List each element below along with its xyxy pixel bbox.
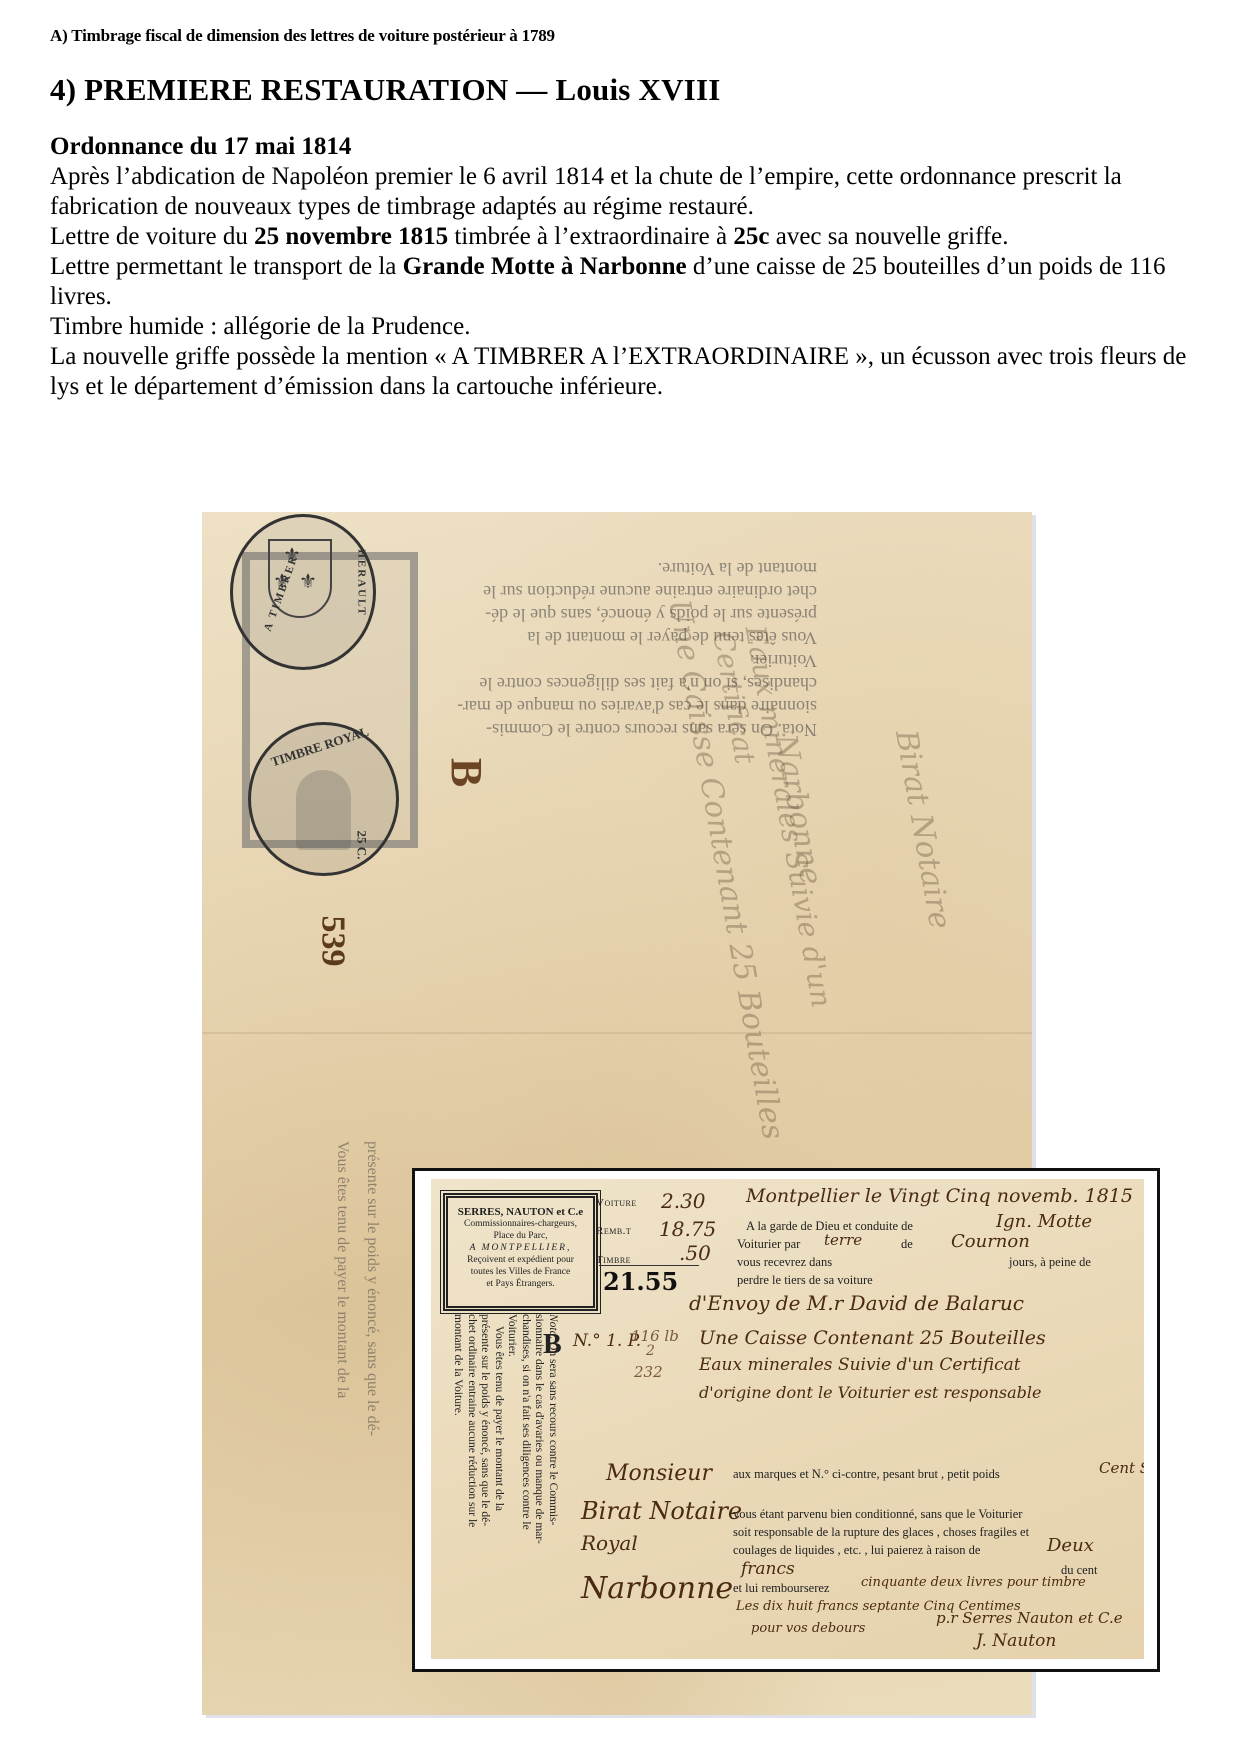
voiture-label: Voiture <box>596 1197 637 1209</box>
rate-unit: francs <box>741 1559 795 1579</box>
voiture-value: 2.30 <box>661 1189 706 1213</box>
reimburse-text-3: pour vos debours <box>751 1621 865 1636</box>
transport-mode: terre <box>824 1231 862 1249</box>
company-address: Place du Parc, <box>448 1230 593 1242</box>
paragraph-timbre: Timbre humide : allégorie de la Prudence… <box>50 312 1200 342</box>
page-title: 4) PREMIERE RESTAURATION — Louis XVIII <box>50 72 720 108</box>
contents-line-3: d'origine dont le Voiturier est responsa… <box>699 1383 1041 1402</box>
company-role: Commissionnaires-chargeurs, <box>448 1218 593 1230</box>
route: Grande Motte à Narbonne <box>403 253 687 280</box>
remb-label: Remb.t <box>596 1225 631 1237</box>
total-value: 21.55 <box>603 1267 678 1296</box>
addressee-salutation: Monsieur <box>606 1461 712 1486</box>
printed-perdre: perdre le tiers de sa voiture <box>737 1273 873 1288</box>
inset-front-image: SERRES, NAUTON et C.e Commissionnaires-c… <box>412 1168 1160 1672</box>
mirror-line: chet ordinaire entraine aucune réduction… <box>397 580 817 603</box>
printed-rembourserez: et lui rembourserez <box>733 1581 829 1596</box>
letter-date: 25 novembre 1815 <box>254 223 448 250</box>
addressee-city: Narbonne <box>581 1571 733 1606</box>
paragraph-transport: Lettre permettant le transport de la Gra… <box>50 252 1200 312</box>
nota-line: présente sur le poids y énoncé, sans que… <box>478 1314 492 1614</box>
contents-line-1: Une Caisse Contenant 25 Bouteilles <box>699 1327 1046 1349</box>
sender: d'Envoy de M.r David de Balaruc <box>689 1291 1024 1315</box>
origin: Cournon <box>951 1231 1030 1252</box>
nota-line: Vous êtes tenu de payer le montant de la <box>492 1314 506 1614</box>
nota-block: Nota. On sera sans recours contre le Com… <box>449 1314 559 1614</box>
company-text: toutes les Villes de France <box>448 1266 593 1278</box>
mirror-line: montant de la Voiture. <box>397 557 817 580</box>
company-text: Reçoivent et expédient pour <box>448 1254 593 1266</box>
printed-voiturier-par: Voiturier par <box>737 1237 800 1252</box>
weight-multiplier: 2 <box>646 1343 655 1359</box>
nota-line: montant de la Voiture. <box>451 1314 465 1614</box>
prudence-figure-icon <box>296 770 351 850</box>
remb-value: 18.75 <box>659 1217 716 1241</box>
company-city: A MONTPELLIER, <box>448 1242 593 1254</box>
text: timbrée à l’extraordinaire à <box>448 223 733 250</box>
show-through-print: présente sur le poids y énoncé, sans que… <box>363 1141 381 1541</box>
weight-total: 232 <box>634 1363 663 1381</box>
nota-line: Voiturier. <box>505 1314 519 1614</box>
contents-line-2: Eaux minerales Suivie d'un Certificat <box>699 1355 1021 1375</box>
nota-line: chet ordinaire entraine aucune réduction… <box>465 1314 479 1614</box>
signature: J. Nauton <box>976 1631 1056 1651</box>
printed-responsable: soit responsable de la rupture des glace… <box>733 1525 1029 1540</box>
paragraph-griffe: La nouvelle griffe possède la mention « … <box>50 342 1200 402</box>
nota-line: sionnaire dans le cas d'avaries ou manqu… <box>532 1314 546 1614</box>
sum-line <box>599 1265 699 1266</box>
section-subheading: A) Timbrage fiscal de dimension des lett… <box>50 26 555 46</box>
signature-company: p.r Serres Nauton et C.e <box>936 1609 1123 1627</box>
company-cartouche: SERRES, NAUTON et C.e Commissionnaires-c… <box>443 1193 598 1311</box>
addressee-title: Royal <box>581 1531 638 1555</box>
fleur-de-lys-icon: ⚜ <box>299 569 317 594</box>
number-mark: 539 <box>314 916 352 967</box>
printed-recevrez: vous recevrez dans <box>737 1255 832 1270</box>
fold-line <box>202 1032 1032 1034</box>
paragraph-lettre: Lettre de voiture du 25 novembre 1815 ti… <box>50 222 1200 252</box>
nota-line: On sera sans recours contre le Commis- <box>547 1339 559 1525</box>
griffe-text-dept: HERAULT <box>356 549 368 616</box>
ordonnance-heading: Ordonnance du 17 mai 1814 <box>50 132 1200 162</box>
timbre-royal-stamp: TIMBRE ROYAL 25 C. <box>248 722 399 876</box>
rate-amount: Deux <box>1047 1535 1094 1556</box>
nota-text: Nota. On sera sans recours contre le Com… <box>451 1314 559 1614</box>
timbre-value: .50 <box>679 1241 711 1265</box>
letter-front: SERRES, NAUTON et C.e Commissionnaires-c… <box>431 1179 1144 1659</box>
reimburse-text-1: cinquante deux livres pour timbre <box>861 1575 1086 1590</box>
griffe-stamp: ⚜ ⚜ ⚜ A TIMBRER HERAULT <box>230 514 376 670</box>
show-through-print: Vous êtes tenu de payer le montant de la <box>333 1141 351 1541</box>
text: Lettre permettant le transport de la <box>50 253 403 280</box>
nota-word: Nota. <box>547 1314 559 1339</box>
text: Lettre de voiture du <box>50 223 254 250</box>
stamp-value: 25c <box>733 223 769 250</box>
printed-coulages: coulages de liquides , etc. , lui paiere… <box>733 1543 980 1558</box>
show-through-handwriting: Birat Notaire <box>888 727 957 931</box>
mirror-line: présente sur le poids y énoncé, sans que… <box>397 603 817 626</box>
printed-jours: jours, à peine de <box>1009 1255 1091 1270</box>
paragraph-abdication: Après l’abdication de Napoléon premier l… <box>50 162 1200 222</box>
text: avec sa nouvelle griffe. <box>769 223 1008 250</box>
addressee-name: Birat Notaire <box>581 1497 742 1525</box>
voiturier-name: Ign. Motte <box>996 1211 1092 1232</box>
printed-de: de <box>901 1237 913 1252</box>
b-mark-back: B <box>441 758 492 787</box>
company-text: et Pays Étrangers. <box>448 1278 593 1290</box>
description: Ordonnance du 17 mai 1814 Après l’abdica… <box>50 132 1200 402</box>
company-name: SERRES, NAUTON et C.e <box>448 1206 593 1218</box>
printed-marques: aux marques et N.° ci-contre, pesant bru… <box>733 1467 1000 1482</box>
weight-words-1: Cent Seize Livres <box>1099 1459 1144 1477</box>
printed-parvenu: vous étant parvenu bien conditionné, san… <box>733 1507 1022 1522</box>
nota-line: chandises, si on n'a fait ses diligences… <box>519 1314 533 1614</box>
timbre-value: 25 C. <box>354 831 370 860</box>
place-date: Montpellier le Vingt Cinq novemb. 1815 <box>746 1185 1133 1207</box>
